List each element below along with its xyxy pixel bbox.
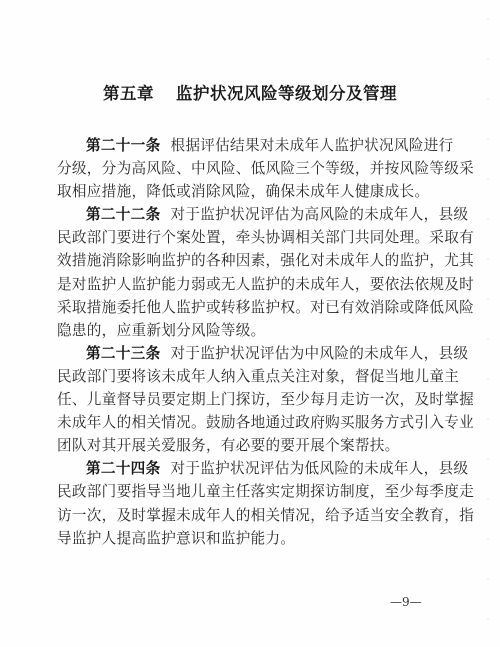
article-line: 民政部门要进行个案处置，牵头协调相关部门共同处理。采取有 — [57, 226, 443, 249]
article-text: 对于监护状况评估为低风险的未成年人，县级 — [170, 460, 468, 477]
article-text: 根据评估结果对未成年人监护状况风险进行 — [170, 137, 453, 154]
article-text: 对于监护状况评估为中风险的未成年人，县级 — [170, 345, 468, 362]
scan-edge-artifact — [487, 0, 489, 647]
article-number: 第二十三条 — [86, 345, 160, 362]
chapter-heading: 第五章监护状况风险等级划分及管理 — [0, 80, 500, 104]
document-page: 第五章监护状况风险等级划分及管理 第二十一条根据评估结果对未成年人监护状况风险进… — [0, 0, 500, 647]
document-body: 第二十一条根据评估结果对未成年人监护状况风险进行 分级，分为高风险、中风险、低风… — [57, 134, 443, 550]
article-23-first-line: 第二十三条对于监护状况评估为中风险的未成年人，县级 — [57, 342, 443, 365]
article-text: 对于监护状况评估为高风险的未成年人，县级 — [170, 206, 468, 223]
article-number: 第二十二条 — [86, 206, 160, 223]
article-line: 访一次，及时掌握未成年人的相关情况，给予适当安全教育，指 — [57, 504, 443, 527]
article-number: 第二十四条 — [86, 460, 160, 477]
article-22-first-line: 第二十二条对于监护状况评估为高风险的未成年人，县级 — [57, 203, 443, 226]
page-number: —9— — [390, 595, 422, 609]
article-24-first-line: 第二十四条对于监护状况评估为低风险的未成年人，县级 — [57, 457, 443, 480]
article-line: 取相应措施，降低或消除风险，确保未成年人健康成长。 — [57, 180, 443, 203]
article-line: 隐患的，应重新划分风险等级。 — [57, 319, 443, 342]
article-line: 未成年人的相关情况。鼓励各地通过政府购买服务方式引入专业 — [57, 411, 443, 434]
article-line: 民政部门要将该未成年人纳入重点关注对象，督促当地儿童主 — [57, 365, 443, 388]
article-line: 采取措施委托他人监护或转移监护权。对已有效消除或降低风险 — [57, 296, 443, 319]
chapter-label: 第五章 — [103, 84, 154, 103]
article-line: 任、儿童督导员要定期上门探访，至少每月走访一次，及时掌握 — [57, 388, 443, 411]
article-line: 效措施消除影响监护的各种因素，强化对未成年人的监护，尤其 — [57, 249, 443, 272]
article-line: 民政部门要指导当地儿童主任落实定期探访制度，至少每季度走 — [57, 480, 443, 503]
article-line: 团队对其开展关爱服务，有必要的要开展个案帮扶。 — [57, 434, 443, 457]
article-21-first-line: 第二十一条根据评估结果对未成年人监护状况风险进行 — [57, 134, 443, 157]
article-line: 导监护人提高监护意识和监护能力。 — [57, 527, 443, 550]
article-line: 分级，分为高风险、中风险、低风险三个等级，并按风险等级采 — [57, 157, 443, 180]
chapter-title: 监护状况风险等级划分及管理 — [176, 84, 397, 103]
article-number: 第二十一条 — [86, 137, 160, 154]
article-line: 是对监护人监护能力弱或无人监护的未成年人，要依法依规及时 — [57, 273, 443, 296]
